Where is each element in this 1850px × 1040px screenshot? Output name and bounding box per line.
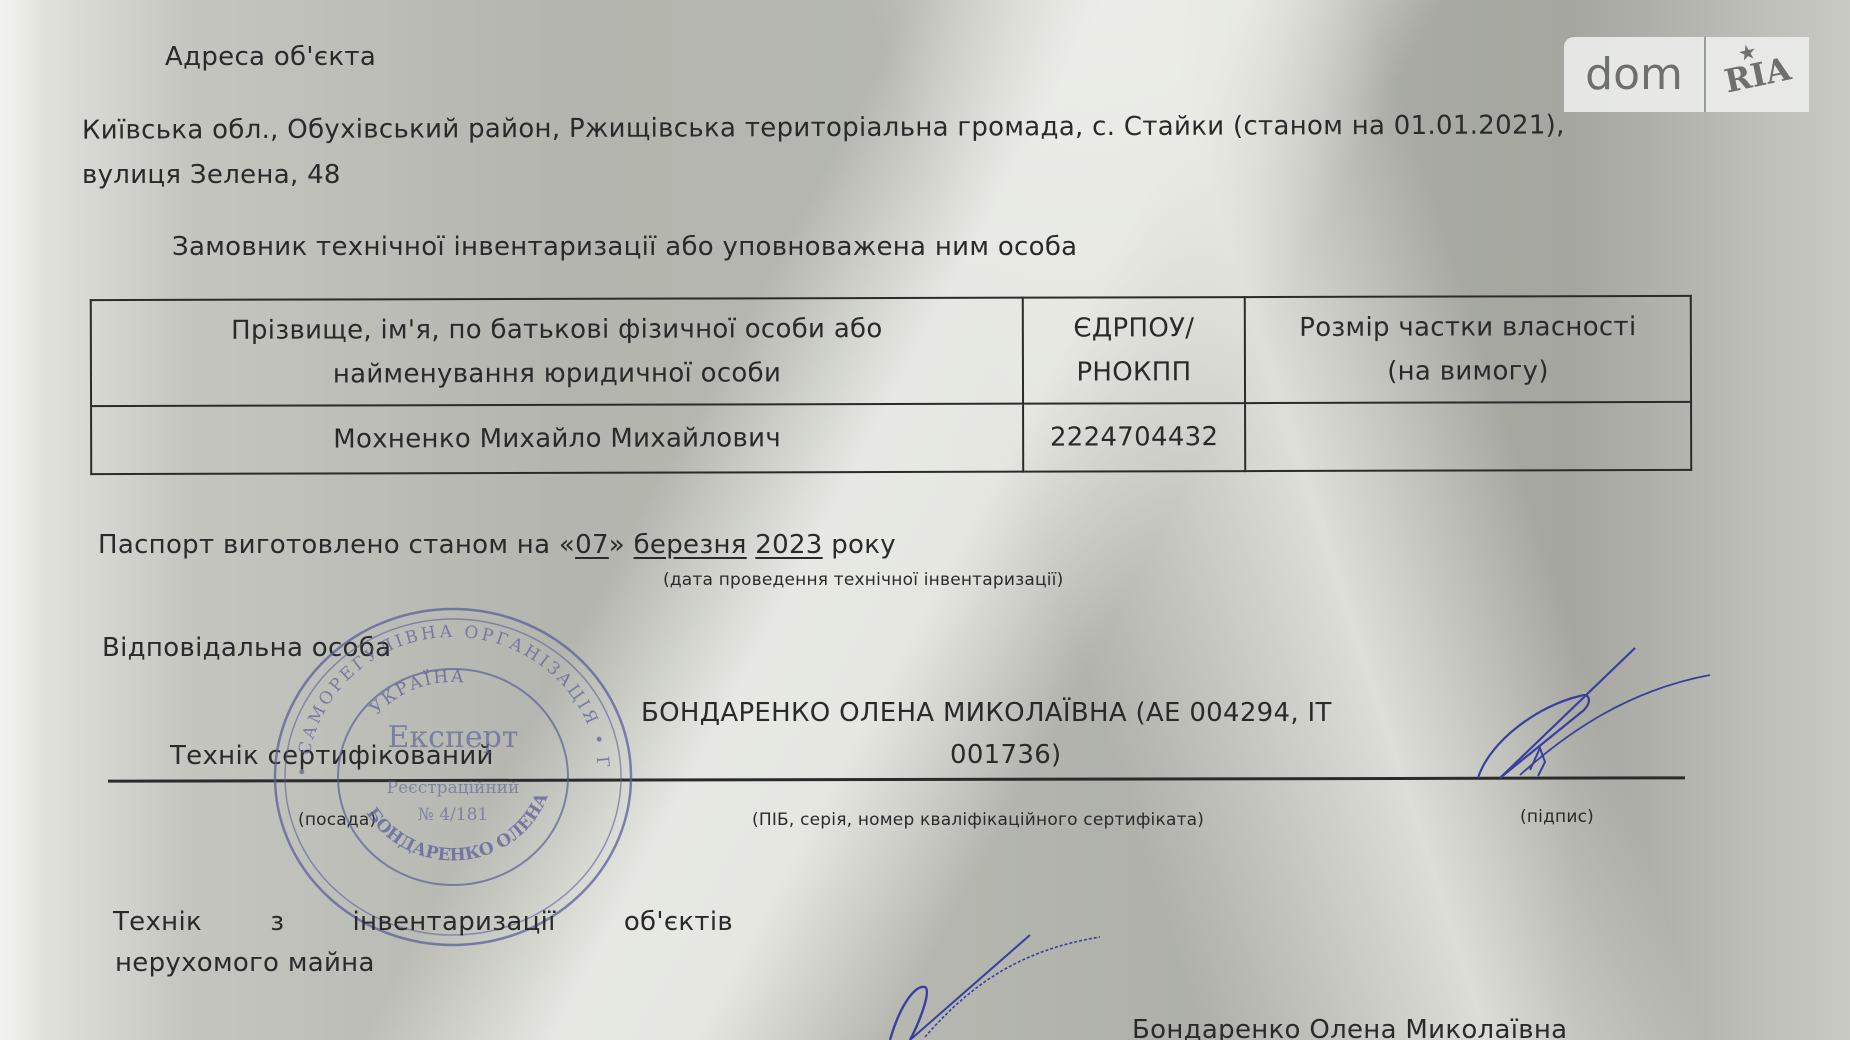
address-line-2: вулиця Зелена, 48 [82, 160, 341, 190]
cell-code: 2224704432 [1023, 403, 1245, 472]
table-header-row: Прізвище, ім'я, по батькові фізичної осо… [91, 296, 1691, 406]
official-stamp: • САМОРЕГУЛІВНА ОРГАНІЗАЦІЯ • ГРОМАДСЬКА… [268, 605, 638, 950]
passport-date-caption: (дата проведення технічної інвентаризаці… [663, 570, 1063, 590]
logo-ria-text: RIA [1721, 49, 1794, 100]
cell-share [1245, 402, 1691, 471]
customer-label: Замовник технічної інвентаризації або уп… [172, 232, 1077, 262]
technician-title-line-2: нерухомого майна [115, 948, 375, 978]
address-label: Адреса об'єкта [165, 42, 376, 72]
stamp-number: № 4/181 [418, 805, 488, 825]
header-name: Прізвище, ім'я, по батькові фізичної осо… [91, 298, 1023, 406]
owners-table: Прізвище, ім'я, по батькові фізичної осо… [90, 295, 1692, 475]
passport-month: березня [634, 530, 747, 560]
stamp-registry: Реєстраційний [387, 778, 520, 798]
passport-date-line: Паспорт виготовлено станом на «07» берез… [98, 530, 896, 560]
signature-mark-2 [870, 925, 1110, 1040]
logo-dom-text: dom [1564, 37, 1706, 112]
passport-year: 2023 [755, 530, 822, 560]
caption-signature: (підпис) [1520, 807, 1594, 827]
star-icon: ★ [1737, 41, 1757, 65]
signature-mark-1 [1460, 630, 1740, 790]
cell-name: Мохненко Михайло Михайлович [91, 404, 1023, 474]
address-line-1: Київська обл., Обухівський район, Ржищів… [82, 110, 1565, 145]
stamp-title: Експерт [387, 720, 518, 755]
technician-title-line-1: Технік з інвентаризації об'єктів [113, 907, 733, 937]
domria-logo: dom ★ RIA [1564, 37, 1809, 112]
svg-text:УКРАЇНА: УКРАЇНА [366, 667, 466, 719]
logo-ria: ★ RIA [1699, 27, 1815, 122]
caption-person: (ПІБ, серія, номер кваліфікаційного серт… [752, 810, 1204, 830]
passport-day: 07 [575, 530, 609, 560]
responsible-person-line-1: БОНДАРЕНКО ОЛЕНА МИКОЛАЇВНА (АЕ 004294, … [641, 698, 1332, 728]
header-code: ЄДРПОУ/ РНОКПП [1023, 297, 1245, 404]
stamp-country: УКРАЇНА [366, 667, 466, 719]
responsible-person-line-2: 001736) [950, 740, 1062, 770]
table-row: Мохненко Михайло Михайлович 2224704432 [91, 402, 1691, 474]
paper-edge-highlight [0, 0, 40, 1040]
header-share: Розмір частки власності (на вимогу) [1245, 296, 1691, 403]
technician-name: Бондаренко Олена Миколаївна [1132, 1015, 1567, 1040]
